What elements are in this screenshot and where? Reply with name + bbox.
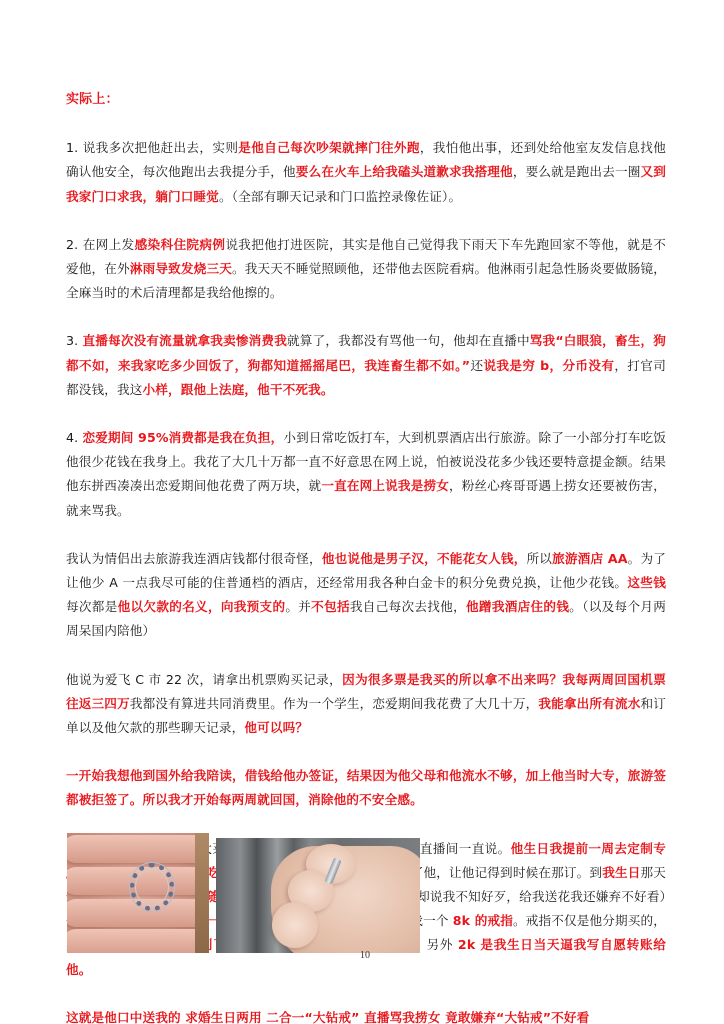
paragraph-4-hotels: 我认为情侣出去旅游我连酒店钱都付很奇怪，他也说他是男子汉，不能花女人钱，所以旅游…: [66, 547, 666, 644]
highlighted-text: 不包括: [311, 599, 350, 614]
highlighted-text: 我能拿出所有流水: [538, 696, 640, 711]
knuckle-shape: [272, 902, 318, 948]
section-heading: 实际上：: [66, 88, 666, 112]
highlighted-text: 他可以吗？: [244, 720, 308, 735]
highlighted-text: 小样，跟他上法庭，他干不死我。: [142, 382, 333, 397]
body-text: 我认为情侣出去旅游我连酒店钱都付很奇怪，: [66, 551, 322, 566]
paragraph-4-flights: 他说为爱飞 C 市 22 次，请拿出机票购买记录，因为很多票是我买的所以拿不出来…: [66, 668, 666, 741]
highlighted-text: 感染科住院病例: [135, 237, 226, 252]
body-text: 1. 说我多次把他赶出去，实则: [66, 140, 238, 155]
paragraph-4-visa: 一开始我想他到国外给我陪读，借钱给他办签证，结果因为他父母和他流水不够，加上他当…: [66, 764, 666, 812]
body-text: 。（全部有聊天记录和门口监控录像佐证）。: [219, 189, 461, 204]
body-text: 我自己每次去找他，: [350, 599, 466, 614]
body-text: ，要么就是跑出去一圈: [513, 164, 641, 179]
photo-caption: 这就是他口中送我的 求婚生日两用 二合一“大钻戒” 直播骂我捞女 竟敢嫌弃“大钻…: [66, 1006, 666, 1024]
body-text: 他说为爱飞 C 市 22 次，请拿出机票购买记录，: [66, 672, 342, 687]
highlighted-text: 他也说他是男子汉，不能花女人钱，: [322, 551, 527, 566]
highlighted-text: 要么在火车上给我磕头道歉求我搭理他: [296, 164, 513, 179]
body-text: 。并: [285, 599, 311, 614]
highlighted-text: 这些钱: [627, 575, 666, 590]
ring-icon: [130, 863, 174, 911]
highlighted-text: 恋爱期间 95%消费都是我在负担，: [82, 430, 283, 445]
paragraph-4: 4. 恋爱期间 95%消费都是我在负担，小到日常吃饭打车，大到机票酒店出行旅游。…: [66, 426, 666, 523]
highlighted-text: 他以欠款的名义，向我预支的: [118, 599, 286, 614]
highlighted-text: 一开始我想他到国外给我陪读，借钱给他办签证，结果因为他父母和他流水不够，加上他当…: [66, 768, 666, 807]
body-text: 还: [470, 358, 483, 373]
highlighted-text: 他蹭我酒店住的钱: [466, 599, 569, 614]
paragraph-3: 3. 直播每次没有流量就拿我卖惨消费我就算了，我都没有骂他一句，他却在直播中骂我…: [66, 329, 666, 402]
body-text: 4.: [66, 430, 82, 445]
finger-shape: [67, 835, 209, 863]
highlighted-text: 淋雨导致发烧三天: [130, 261, 232, 276]
page-number: 10: [355, 950, 375, 961]
paragraph-2: 2. 在网上发感染科住院病例说我把他打进医院，其实是他自己觉得我下雨天下车先跑回…: [66, 233, 666, 306]
body-text: 那天: [641, 865, 667, 880]
finger-shape: [67, 929, 209, 953]
body-text: 就算了，我都没有骂他一句，他却在直播中: [287, 333, 530, 348]
highlighted-text: 是他自己每次吵架就摔门往外跑: [238, 140, 420, 155]
highlighted-text: 一直在网上说我是捞女: [321, 478, 449, 493]
body-text: 3.: [66, 333, 83, 348]
highlighted-text: 旅游酒店 AA: [552, 551, 628, 566]
highlighted-text: 说我是穷 b，分币没有: [483, 358, 614, 373]
body-text: 我都没有算进共同消费里。作为一个学生，恋爱期间我花费了大几十万，: [130, 696, 539, 711]
document-page: 实际上： 1. 说我多次把他赶出去，实则是他自己每次吵架就摔门往外跑，我怕他出事…: [0, 0, 724, 1024]
paragraph-1: 1. 说我多次把他赶出去，实则是他自己每次吵架就摔门往外跑，我怕他出事，还到处给…: [66, 136, 666, 209]
body-text: 2. 在网上发: [66, 237, 135, 252]
highlighted-text: 我生日: [602, 865, 640, 880]
ring-held-photo: [67, 833, 209, 953]
body-text: 每次都是: [66, 599, 118, 614]
body-text: 所以: [526, 551, 552, 566]
body-text: ，另外: [413, 937, 458, 952]
highlighted-text: 直播每次没有流量就拿我卖惨消费我: [83, 333, 287, 348]
highlighted-text: 8k 的戒指: [453, 913, 513, 928]
ring-worn-photo: [216, 838, 420, 953]
table-background: [195, 833, 209, 953]
